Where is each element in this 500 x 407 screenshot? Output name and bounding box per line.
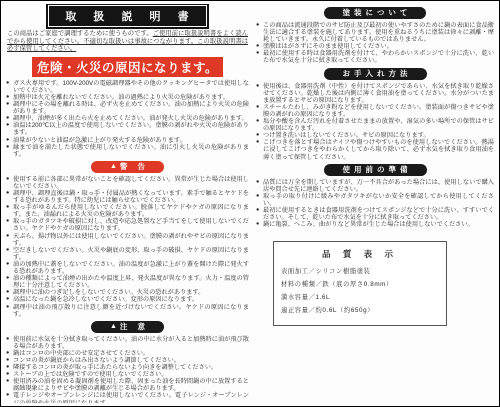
bullet-text: スチールたわし、みがき粉などを使用しないでください。塗装面が傷つきサビや塗膜の剥…	[263, 104, 494, 118]
bullet-item: ●使用前に水気を十分拭き取ってください。油の中に水分が入ると加熱時に油が飛び散る…	[6, 336, 249, 350]
caution-badge: ▲ 注 意	[91, 321, 164, 333]
quality-table-rows: 表面加工／シリコン樹脂塗装材料の種類／鉄（底の厚さ0.8mm）満水容量／1.6L…	[281, 265, 439, 317]
painting-list: ●この商品は流通段階でのサビ防止及び最初の使いやすさのために鍋の表面に食品衛生法…	[256, 22, 494, 65]
bullet-item: ●使用済みの油を固める凝固剤を使用した際、固まった油を長時間鍋の中に放置すると腐…	[6, 378, 249, 392]
bullet-icon: ●	[6, 94, 13, 101]
caution-triangle-icon: ▲	[110, 323, 117, 331]
bullet-text: ガス火専用です。100V-200Vの電磁調理器やその他のクッキングヒータでは使用…	[13, 80, 249, 94]
bullet-icon: ●	[256, 83, 263, 104]
quality-row: 満水容量／1.6L	[281, 291, 439, 304]
care-badge: お手入れ方法	[324, 68, 427, 80]
bullet-icon: ●	[6, 364, 13, 371]
bullet-text: 使用前に水気を十分拭き取ってください。油の中に水分が入ると加熱時に油が飛び散る場…	[13, 336, 249, 350]
bullet-text: 縁まで油を満たした状態で使用しないでください。油に引火し火災の危険があります。	[13, 144, 249, 158]
quality-row: 適正容量／約0.6L（約650g）	[281, 304, 439, 317]
bullet-text: 電子レンジやオーブンレンジには使用しないでください。電子レンジ・オーブンレンジの…	[13, 392, 249, 403]
bullet-icon: ●	[6, 371, 13, 378]
right-column: 塗装について ●この商品は流通段階でのサビ防止及び最初の使いやすさのために鍋の表…	[256, 4, 494, 403]
bullet-text: 空だきしないでください。火災や鍋底の変形、取っ手の破損、ヤケドの原因になります。	[13, 247, 249, 261]
warning-list: ●使用する前に各部に異常がないことを確認してください。異常が生じた場合は使用しな…	[6, 176, 249, 318]
bullet-icon: ●	[6, 289, 13, 296]
bullet-item: ●最初に使用する時は食器用洗剤を付けて、やわらかいスポンジで十分に洗い、乾いた布…	[256, 50, 494, 64]
bullet-text: 使用後は、食器用洗剤（中性）を付けてスポンジであらい、水気を拭き取り乾燥させてく…	[263, 83, 494, 104]
bullet-text: 鍋はコンロの中央部にのせ安定させてください。	[13, 350, 149, 357]
bullet-text: 油温は200℃以上の温度で使用しないでください。塗膜の剥がれや火災の危険がありま…	[13, 122, 249, 136]
page-title: 取 扱 説 明 書	[48, 5, 206, 27]
bullet-text: 最初に使用する時は食器用洗剤を付けて、やわらかいスポンジで十分に洗い、乾いた布で…	[263, 50, 494, 64]
bullet-text: 塩分や酸を含んだ汚れを付着させたままの放置や、湿気の多い場所での保管はサビの原因…	[263, 118, 494, 132]
bullet-item: ●油量が少ないと油温が急激に上がり発火する危険があります。	[6, 137, 249, 144]
caution-badge-label: 注 意	[120, 323, 149, 331]
bullet-text: 油量が少ないと油温が急激に上がり発火する危険があります。	[13, 137, 186, 144]
bullet-icon: ●	[6, 357, 13, 364]
bullet-text: 調理中にその場を離れる時は、必ず火を止めてください。油の加熱により火災の危険があ…	[13, 101, 249, 115]
bullet-text: 取っ手の取り付けに緩みやガタツキがないか安全を確認してから使用してください。	[263, 193, 494, 207]
bullet-item: ●鍋に亀裂、へこみ、曲がりなど異常が生じた場合は使用しないでください。	[256, 221, 494, 228]
bullet-text: 高温になった鍋を急冷しないでください。変形の原因になります。	[13, 296, 198, 303]
bullet-item: ●縁まで油を満たした状態で使用しないでください。油に引火し火災の危険があります。	[6, 144, 249, 158]
quality-row: 材料の種類／鉄（底の厚さ0.8mm）	[281, 278, 439, 291]
bullet-text: 調理中、調理直後は鍋・取っ手・付属品が熱くなっています。素手で触るとヤケドをする…	[13, 190, 249, 204]
bullet-text: 取っ手がゆるんだら使用しないでください。脱落してヤケドやケガの原因になります。ま…	[13, 204, 249, 218]
bullet-icon: ●	[256, 221, 263, 228]
bullet-text: 加熱中は火元を離れないでください。油の過熱により火災の危険があります。	[13, 94, 229, 101]
bullet-item: ●使用する前に各部に異常がないことを確認してください。異常が生じた場合は使用しな…	[6, 176, 249, 190]
bullet-text: 油の加熱中に蓋をしないでください。油の温度が急激に上がり蓋を開けた際に発火する恐…	[13, 261, 249, 275]
bullet-text: こげつきを落とす場合はナイフや傷つけやすいものを使用しないでください。熱湯に浸し…	[263, 139, 494, 160]
bullet-text: 調理中は油の飛び散りに注意し顔を近づけないでください。ヤケドの原因になります。	[13, 304, 249, 318]
bullet-icon: ●	[256, 104, 263, 118]
page-title-text: 取 扱 説 明 書	[65, 11, 195, 23]
bullet-item: ●電子レンジやオーブンレンジには使用しないでください。電子レンジ・オーブンレンジ…	[6, 392, 249, 403]
bullet-icon: ●	[6, 101, 13, 115]
manual-page: 取 扱 説 明 書 この商品はご家庭で調理するために使うものです。ご使用前に取扱…	[0, 0, 500, 407]
bullet-text: この商品は流通段階でのサビ防止及び最初の使いやすさのために鍋の表面に食品衛生法に…	[263, 22, 494, 43]
bullet-text: 品質には万全を期していますが、万一不具合があった場合には、使用しないで購入店や問…	[263, 179, 494, 193]
bullet-item: ●天ぷら、揚げ物以外には使用しないでください。塗膜の剥がれやサビの原因になります…	[6, 233, 249, 247]
intro-text: この商品はご家庭で調理するために使うものです。	[7, 30, 153, 37]
bullet-icon: ●	[6, 392, 13, 403]
bullet-text: 鍋に亀裂、へこみ、曲がりなど異常が生じた場合は使用しないでください。	[263, 221, 474, 228]
preparation-badge: 使用前の準備	[324, 164, 427, 176]
bullet-icon: ●	[6, 137, 13, 144]
bullet-item: ●取っ手のガタツキや破損に対し、改造や応急処置など手当てをして使用しないでくださ…	[6, 218, 249, 232]
bullet-item: ●油の種類によって油煙の出かたや温度上昇、発火温度が異なります。火力・温度の管理…	[6, 275, 249, 289]
bullet-text: コンロの炎が鍋底からはみ出さないよう調節してください。	[13, 357, 180, 364]
danger-banner: 危険・火災の原因になります。	[32, 57, 223, 77]
painting-badge: 塗装について	[324, 7, 427, 19]
intro-paragraph: この商品はご家庭で調理するために使うものです。ご使用前に取扱説明書をよく読んでか…	[7, 30, 248, 53]
bullet-icon: ●	[256, 193, 263, 207]
warning-triangle-icon: ▲	[110, 163, 117, 171]
bullet-icon: ●	[256, 179, 263, 193]
bullet-item: ●コンロの炎が鍋底からはみ出さないよう調節してください。	[6, 357, 249, 364]
left-column: 取 扱 説 明 書 この商品はご家庭で調理するために使うものです。ご使用前に取扱…	[6, 4, 249, 403]
bullet-text: 最初に使用するときは食器用洗剤をつけてスポンジなどで十分に洗い、すすいでください…	[263, 207, 494, 221]
bullet-icon: ●	[6, 261, 13, 275]
bullet-text: 使用済みの油を固める凝固剤を使用した際、固まった油を長時間鍋の中に放置すると腐蝕…	[13, 378, 249, 392]
bullet-text: 取っ手のガタツキや破損に対し、改造や応急処置など手当てをして使用しないでください…	[13, 218, 249, 232]
preparation-list: ●品質には万全を期していますが、万一不具合があった場合には、使用しないで購入店や…	[256, 179, 494, 229]
bullet-icon: ●	[6, 304, 13, 318]
bullet-item: ●鍋はコンロの中央部にのせ安定させてください。	[6, 350, 249, 357]
caution-list: ●使用前に水気を十分拭き取ってください。油の中に水分が入ると加熱時に油が飛び散る…	[6, 336, 249, 403]
bullet-item: ●スチールたわし、みがき粉などを使用しないでください。塗装面が傷つきサビや塗膜の…	[256, 104, 494, 118]
bullet-item: ●使用後は、食器用洗剤（中性）を付けてスポンジであらい、水気を拭き取り乾燥させて…	[256, 83, 494, 104]
warning-badge: ▲ 警 告	[91, 161, 164, 173]
bullet-icon: ●	[6, 378, 13, 392]
bullet-item: ●調理中、調理直後は鍋・取っ手・付属品が熱くなっています。素手で触るとヤケドをす…	[6, 190, 249, 204]
care-list: ●使用後は、食器用洗剤（中性）を付けてスポンジであらい、水気を拭き取り乾燥させて…	[256, 83, 494, 161]
quality-row: 表面加工／シリコン樹脂塗装	[281, 265, 439, 278]
bullet-icon: ●	[256, 43, 263, 50]
bullet-icon: ●	[256, 50, 263, 64]
bullet-item: ●最初に使用するときは食器用洗剤をつけてスポンジなどで十分に洗い、すすいでくださ…	[256, 207, 494, 221]
bullet-icon: ●	[6, 296, 13, 303]
bullet-item: ●取っ手の取り付けに緩みやガタツキがないか安全を確認してから使用してください。	[256, 193, 494, 207]
bullet-item: ●取っ手がゆるんだら使用しないでください。脱落してヤケドやケガの原因になります。…	[6, 204, 249, 218]
bullet-text: 油の種類によって油煙の出かたや温度上昇、発火温度が異なります。火力・温度の管理に…	[13, 275, 249, 289]
bullet-icon: ●	[6, 218, 13, 232]
bullet-text: 使用する前に各部に異常がないことを確認してください。異常が生じた場合は使用しない…	[13, 176, 249, 190]
bullet-item: ●調理中にその場を離れる時は、必ず火を止めてください。油の加熱により火災の危険が…	[6, 101, 249, 115]
bullet-item: ●調理中は油の飛び散りに注意し顔を近づけないでください。ヤケドの原因になります。	[6, 304, 249, 318]
bullet-icon: ●	[6, 144, 13, 158]
quality-table: 品 質 表 示 表面加工／シリコン樹脂塗装材料の種類／鉄（底の厚さ0.8mm）満…	[273, 241, 447, 326]
bullet-item: ●高温になった鍋を急冷しないでください。変形の原因になります。	[6, 296, 249, 303]
bullet-icon: ●	[6, 204, 13, 218]
bullet-item: ●品質には万全を期していますが、万一不具合があった場合には、使用しないで購入店や…	[256, 179, 494, 193]
bullet-item: ●加熱中は火元を離れないでください。油の過熱により火災の危険があります。	[6, 94, 249, 101]
bullet-icon: ●	[256, 207, 263, 221]
bullet-icon: ●	[6, 336, 13, 350]
bullet-icon: ●	[6, 80, 13, 94]
bullet-item: ●空だきしないでください。火災や鍋底の変形、取っ手の破損、ヤケドの原因になります…	[6, 247, 249, 261]
bullet-icon: ●	[256, 132, 263, 139]
bullet-item: ●油の加熱中に蓋をしないでください。油の温度が急激に上がり蓋を開けた際に発火する…	[6, 261, 249, 275]
bullet-icon: ●	[256, 118, 263, 132]
bullet-item: ●塩分や酸を含んだ汚れを付着させたままの放置や、湿気の多い場所での保管はサビの原…	[256, 118, 494, 132]
bullet-text: 天ぷら、揚げ物以外には使用しないでください。塗膜の剥がれやサビの原因になります。	[13, 233, 249, 247]
bullet-item: ●こげつきを落とす場合はナイフや傷つけやすいものを使用しないでください。熱湯に浸…	[256, 139, 494, 160]
bullet-icon: ●	[256, 139, 263, 160]
bullet-icon: ●	[6, 176, 13, 190]
bullet-icon: ●	[6, 115, 13, 122]
bullet-item: ●この商品は流通段階でのサビ防止及び最初の使いやすさのために鍋の表面に食品衛生法…	[256, 22, 494, 43]
bullet-icon: ●	[6, 350, 13, 357]
warning-badge-label: 警 告	[120, 163, 149, 171]
bullet-icon: ●	[6, 233, 13, 247]
bullet-item: ●ガス火専用です。100V-200Vの電磁調理器やその他のクッキングヒータでは使…	[6, 80, 249, 94]
bullet-icon: ●	[6, 275, 13, 289]
bullet-icon: ●	[256, 22, 263, 43]
danger-list: ●ガス火専用です。100V-200Vの電磁調理器やその他のクッキングヒータでは使…	[6, 80, 249, 158]
bullet-icon: ●	[6, 247, 13, 261]
bullet-item: ●油温は200℃以上の温度で使用しないでください。塗膜の剥がれや火災の危険があり…	[6, 122, 249, 136]
bullet-icon: ●	[6, 190, 13, 204]
quality-table-title: 品 質 表 示	[281, 248, 439, 260]
bullet-icon: ●	[6, 122, 13, 136]
